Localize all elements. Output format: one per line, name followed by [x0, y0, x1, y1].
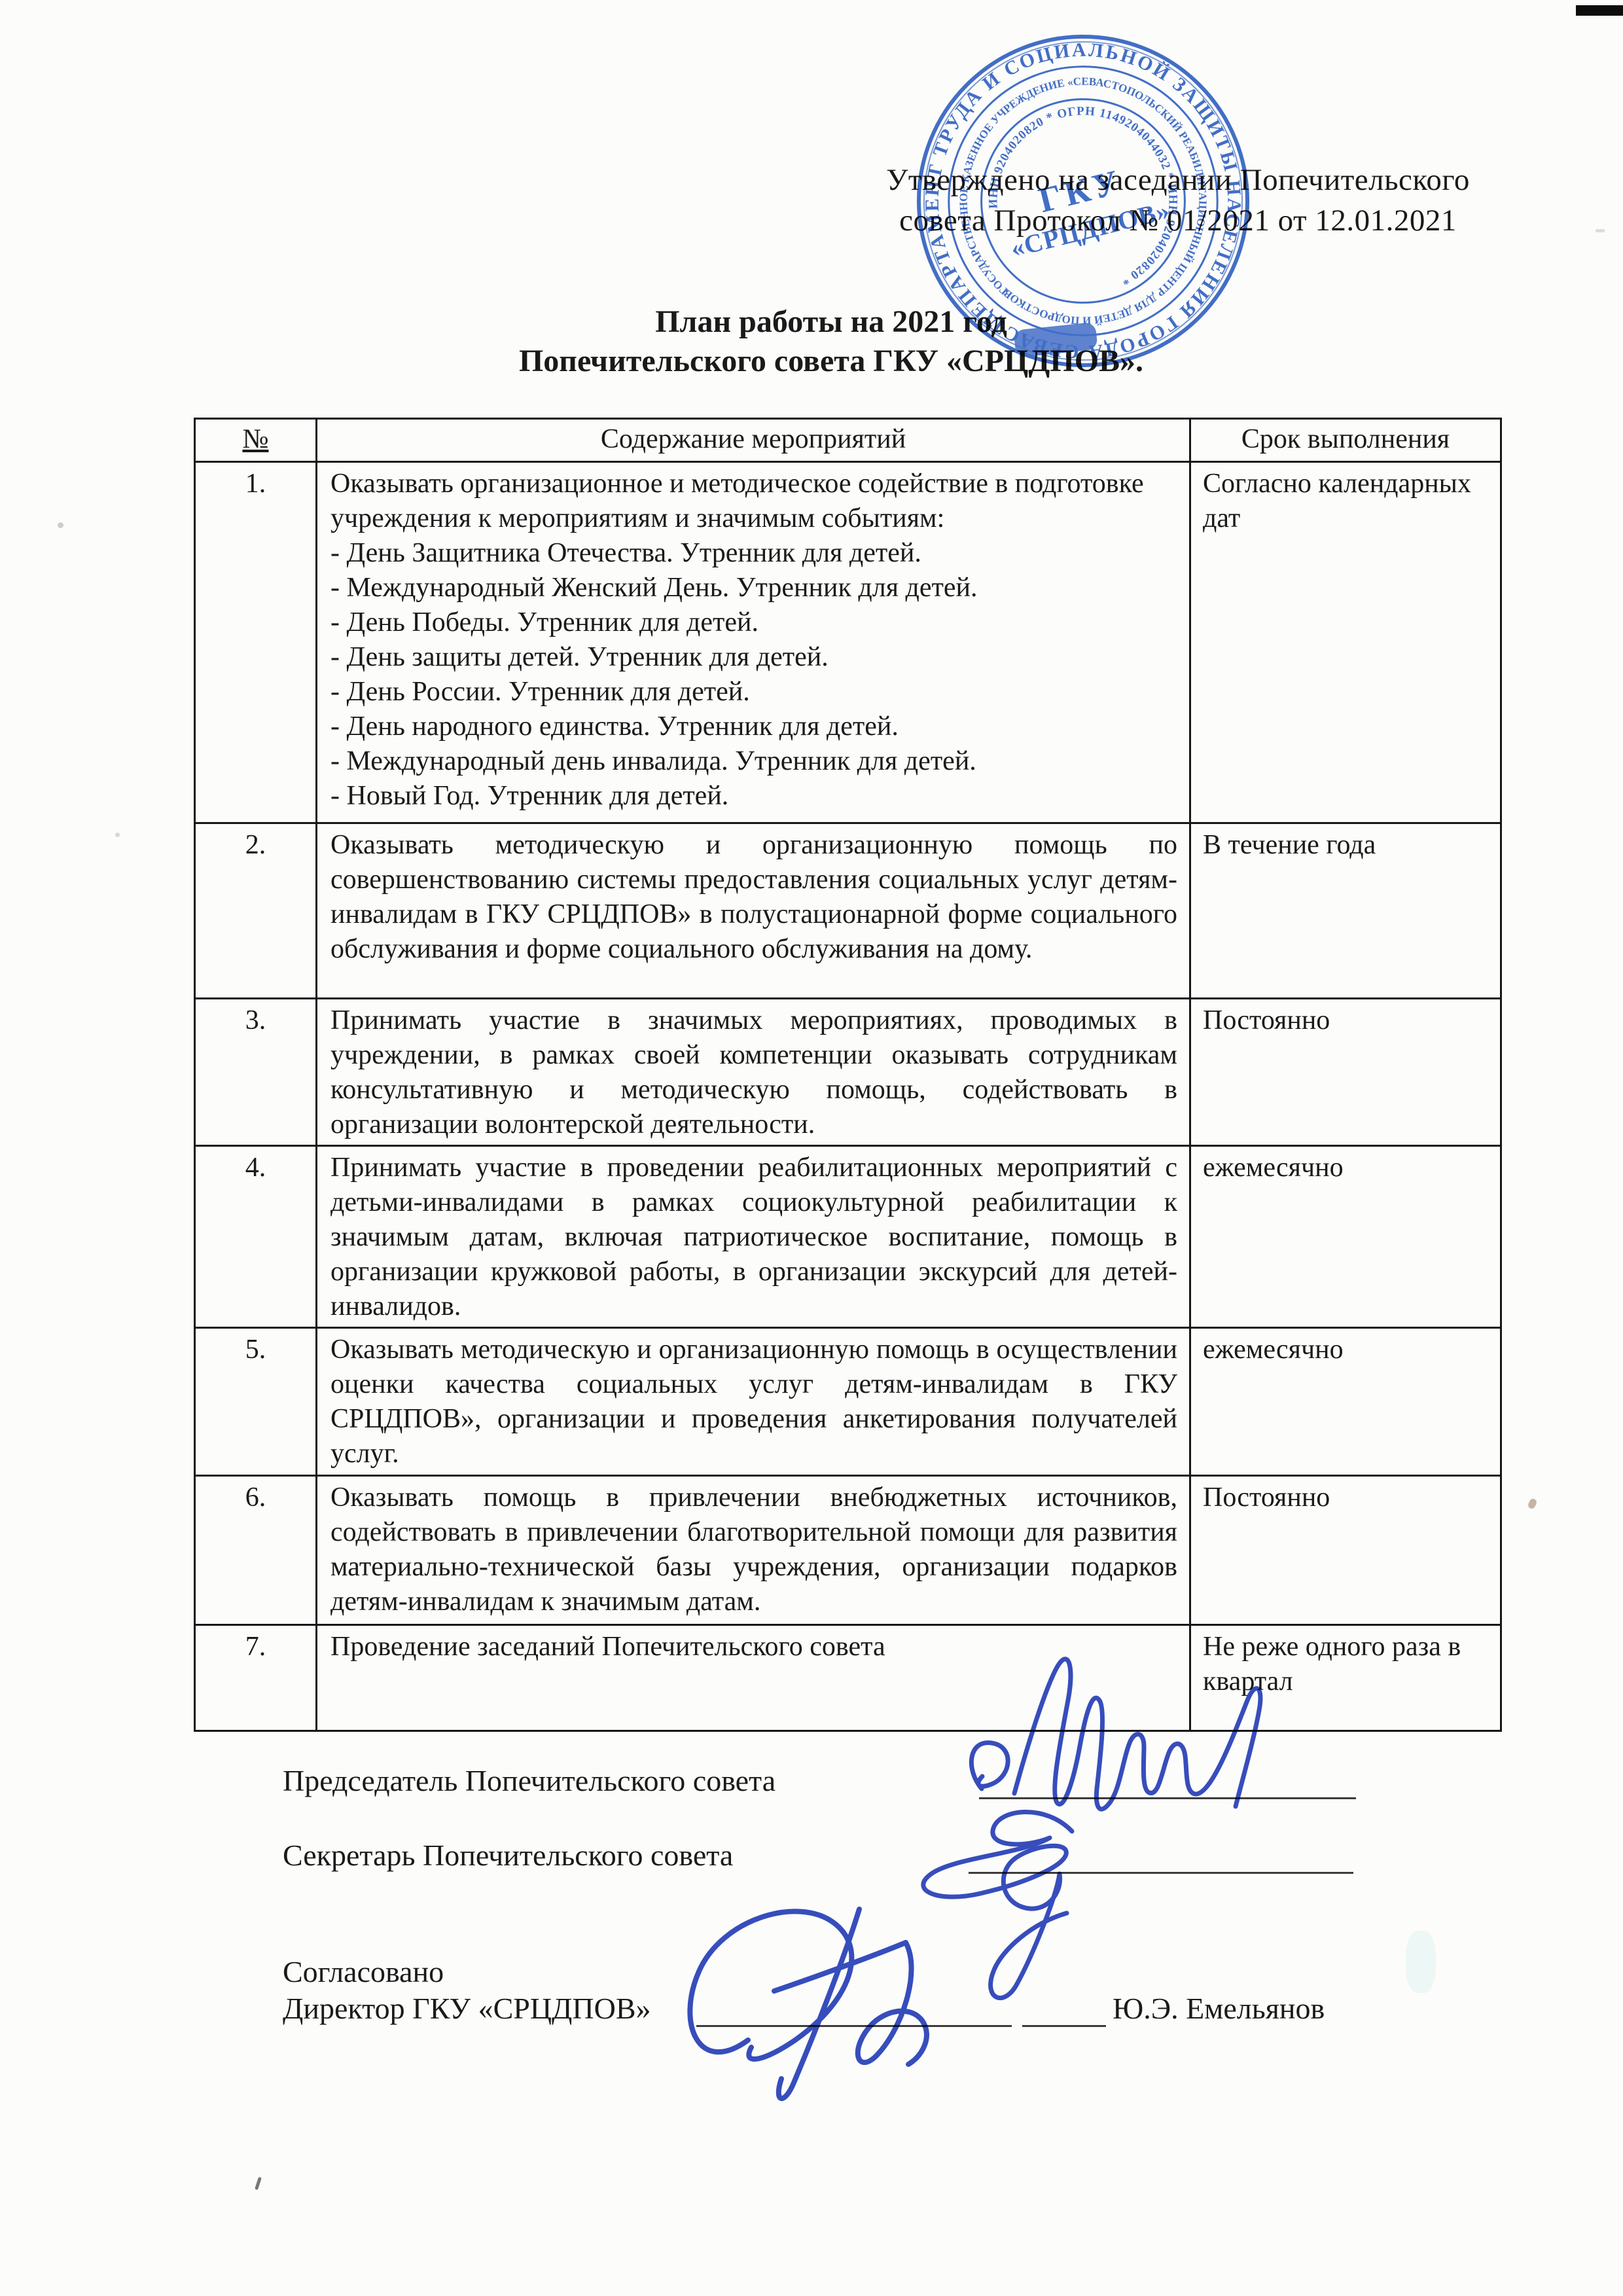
scan-speck — [58, 522, 63, 528]
director-signature-line-2 — [1022, 2025, 1106, 2027]
scan-speck — [1406, 1931, 1436, 1993]
scan-speck — [1527, 1498, 1537, 1509]
plan-table: № Содержание мероприятий Срок выполнения… — [194, 418, 1502, 1732]
row-number-cell: 3. — [195, 999, 317, 1146]
row-term-cell: Согласно календарных дат — [1190, 462, 1501, 823]
row-content-cell: Оказывать методическую и организационную… — [317, 1328, 1190, 1476]
agreed-label: Согласовано — [283, 1954, 444, 1989]
row-content-cell: Принимать участие в проведении реабилита… — [317, 1146, 1190, 1328]
scan-speck — [115, 833, 120, 837]
table-row: 3. Принимать участие в значимых мероприя… — [195, 999, 1501, 1146]
row-term-cell: Постоянно — [1190, 1476, 1501, 1625]
director-name: Ю.Э. Емельянов — [1113, 1991, 1325, 2026]
chairman-label: Председатель Попечительского совета — [283, 1763, 776, 1798]
row-content-cell: Оказывать методическую и организационную… — [317, 823, 1190, 999]
row-term-cell: Постоянно — [1190, 999, 1501, 1146]
row-number-cell: 6. — [195, 1476, 317, 1625]
row-term-cell: В течение года — [1190, 823, 1501, 999]
secretary-label: Секретарь Попечительского совета — [283, 1838, 733, 1873]
scan-speck — [255, 2177, 262, 2191]
row-number-cell: 1. — [195, 462, 317, 823]
table-row: 2. Оказывать методическую и организацион… — [195, 823, 1501, 999]
row-term-cell: ежемесячно — [1190, 1328, 1501, 1476]
row-number-cell: 4. — [195, 1146, 317, 1328]
scanned-document-page: Утверждено на заседании Попечительского … — [0, 0, 1623, 2296]
header-number: № — [195, 419, 317, 462]
round-stamp: ДЕПАРТАМЕНТ ТРУДА И СОЦИАЛЬНОЙ ЗАЩИТЫ НА… — [914, 31, 1253, 370]
table-row: 1. Оказывать организационное и методичес… — [195, 462, 1501, 823]
row-number-cell: 2. — [195, 823, 317, 999]
director-signature — [660, 1899, 1000, 2122]
row-term-cell: ежемесячно — [1190, 1146, 1501, 1328]
row-content-cell: Оказывать помощь в привлечении внебюджет… — [317, 1476, 1190, 1625]
row-content-cell: Принимать участие в значимых мероприятия… — [317, 999, 1190, 1146]
row-number-cell: 7. — [195, 1625, 317, 1731]
header-content: Содержание мероприятий — [317, 419, 1190, 462]
table-row: 5. Оказывать методическую и организацион… — [195, 1328, 1501, 1476]
header-row: № Содержание мероприятий Срок выполнения — [195, 419, 1501, 462]
table-row: 6. Оказывать помощь в привлечении внебюд… — [195, 1476, 1501, 1625]
row-content-cell: Оказывать организационное и методическое… — [317, 462, 1190, 823]
scan-speck — [1596, 229, 1605, 232]
table-row: 4. Принимать участие в проведении реабил… — [195, 1146, 1501, 1328]
director-label: Директор ГКУ «СРЦДПОВ» — [283, 1991, 651, 2026]
row-number-cell: 5. — [195, 1328, 317, 1476]
header-term: Срок выполнения — [1190, 419, 1501, 462]
scanner-edge-artifact — [1576, 5, 1623, 16]
plan-table-header: № Содержание мероприятий Срок выполнения — [195, 419, 1501, 462]
plan-table-body: 1. Оказывать организационное и методичес… — [195, 462, 1501, 1731]
